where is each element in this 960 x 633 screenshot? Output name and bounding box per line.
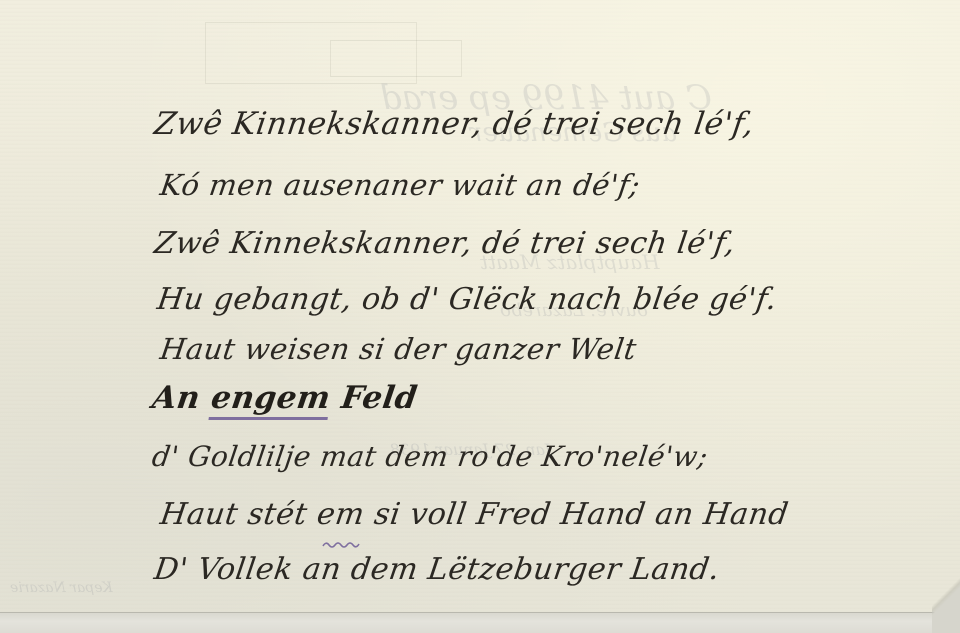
poem-line-3: Zwê Kinnekskanner, dé trei sech lé'f, [152,226,738,261]
poem-line-6-pre: An [150,380,214,416]
wavy-correction-mark-icon [322,540,360,548]
poem-line-2: Kó men ausenaner wait an dé'f; [158,168,642,202]
poem-line-6-post: Feld [328,380,420,416]
underlined-word: engem [208,380,333,420]
paper-corner-fold [932,560,960,633]
paper-fold-edge [0,612,960,633]
poem-line-5: Haut weisen si der ganzer Welt [158,332,639,366]
poem-line-8: Haut stét em si voll Fred Hand an Hand [158,497,791,532]
manuscript-page: C aut 4199 ep erad aus Gemenauer Hauptpl… [0,0,960,633]
poem-line-9: D' Vollek an dem Lëtzeburger Land. [152,552,722,587]
poem-line-1: Zwê Kinnekskanner, dé trei sech lé'f, [152,106,756,142]
poem: Zwê Kinnekskanner, dé trei sech lé'f, Kó… [0,0,960,633]
poem-line-6: An engem Feld [150,380,420,416]
poem-line-4: Hu gebangt, ob d' Glëck nach blée gé'f. [155,282,779,317]
poem-line-7: d' Goldlilje mat dem ro'de Kro'nelé'w; [150,440,710,473]
